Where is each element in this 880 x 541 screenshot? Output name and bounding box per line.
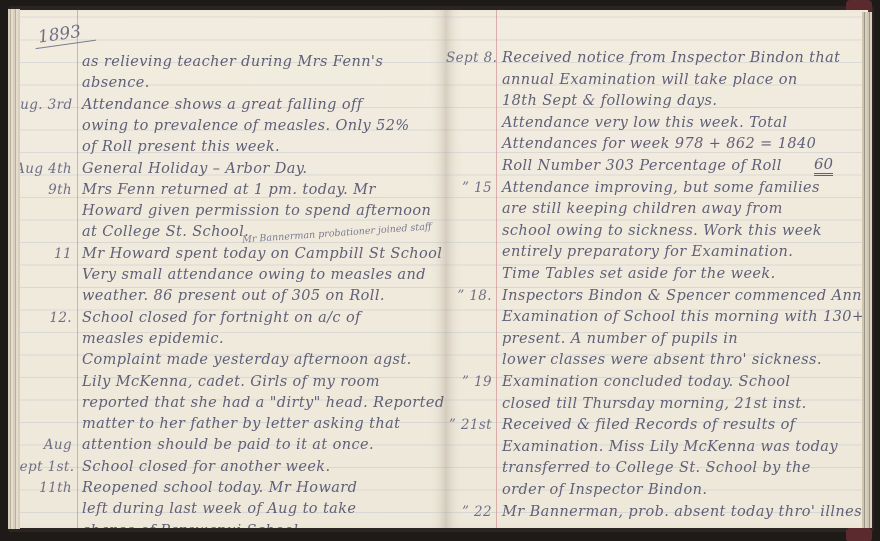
log-entry-line: as relieving teacher during Mrs Fenn's bbox=[10, 54, 446, 76]
entry-text: Time Tables set aside for the week. bbox=[502, 266, 776, 282]
log-entry-line: 9thMrs Fenn returned at 1 pm. today. Mr bbox=[10, 182, 446, 204]
log-entry-line: are still keeping children away from bbox=[446, 201, 868, 223]
log-entry-line: Aug. 3rdAttendance shows a great falling… bbox=[10, 97, 446, 119]
log-entry-line: Attendance very low this week. Total bbox=[446, 115, 868, 137]
cover-corner bbox=[846, 528, 872, 541]
entry-text: present. A number of pupils in bbox=[502, 331, 738, 347]
entry-text: at College St. School. bbox=[82, 224, 249, 240]
entry-text: Examination of School this morning with … bbox=[502, 309, 868, 325]
entry-date: ” 19 bbox=[446, 374, 492, 390]
entry-text: Mr Bannerman, prob. absent today thro' i… bbox=[502, 504, 868, 520]
log-entry-line: Roll Number 303 Percentage of Roll bbox=[446, 158, 868, 180]
entry-text: Mrs Fenn returned at 1 pm. today. Mr bbox=[82, 182, 376, 198]
entry-text: annual Examination will take place on bbox=[502, 72, 798, 88]
entry-text: Attendance very low this week. Total bbox=[502, 115, 787, 131]
log-entry-line: left during last week of Aug to take bbox=[10, 501, 446, 523]
entry-text: absence. bbox=[82, 75, 150, 91]
log-entry-line: Very small attendance owing to measles a… bbox=[10, 267, 446, 289]
log-entry-line: Sept 1st.School closed for another week. bbox=[10, 459, 446, 481]
entry-text: measles epidemic. bbox=[82, 331, 224, 347]
entry-text: Examination. Miss Lily McKenna was today bbox=[502, 439, 838, 455]
entry-text: weather. 86 present out of 305 on Roll. bbox=[82, 288, 385, 304]
log-entry-line: Augattention should be paid to it at onc… bbox=[10, 437, 446, 459]
log-entry-line: matter to her father by letter asking th… bbox=[10, 416, 446, 438]
entry-text: left during last week of Aug to take bbox=[82, 501, 356, 517]
log-entry-line: charge of Parawanui School. bbox=[10, 523, 446, 528]
entry-text: Reopened school today. Mr Howard bbox=[82, 480, 357, 496]
entry-text: of Roll present this week. bbox=[82, 139, 280, 155]
log-entry-line: ” 21stReceived & filed Records of result… bbox=[446, 417, 868, 439]
entry-date: ” 18. bbox=[446, 288, 492, 304]
entry-text: are still keeping children away from bbox=[502, 201, 783, 217]
right-page: Sept 8.Received notice from Inspector Bi… bbox=[446, 10, 868, 528]
log-entry-line: Examination. Miss Lily McKenna was today bbox=[446, 439, 868, 461]
log-entry-line: ” 19Examination concluded today. School bbox=[446, 374, 868, 396]
log-entry-line: Attendances for week 978 + 862 = 1840 bbox=[446, 136, 868, 158]
entry-text: Attendances for week 978 + 862 = 1840 bbox=[502, 136, 816, 152]
entry-text: Attendance shows a great falling off bbox=[82, 97, 362, 113]
entry-text: Inspectors Bindon & Spencer commenced An… bbox=[502, 288, 868, 304]
log-entry-line: 12.School closed for fortnight on a/c of bbox=[10, 310, 446, 332]
entry-text: Complaint made yesterday afternoon agst. bbox=[82, 352, 412, 368]
entry-date: ” 21st bbox=[446, 417, 492, 433]
log-entry-line: order of Inspector Bindon. bbox=[446, 482, 868, 504]
log-entry-line: ” 22Mr Bannerman, prob. absent today thr… bbox=[446, 504, 868, 526]
log-entry-line: 18th Sept & following days. bbox=[446, 93, 868, 115]
entry-text: Lily McKenna, cadet. Girls of my room bbox=[82, 374, 380, 390]
entry-text: charge of Parawanui School. bbox=[82, 523, 303, 528]
log-entry-line: reported that she had a "dirty" head. Re… bbox=[10, 395, 446, 417]
entry-text: closed till Thursday morning, 21st inst. bbox=[502, 396, 807, 412]
entry-text: transferred to College St. School by the bbox=[502, 460, 811, 476]
log-entry-line: closed till Thursday morning, 21st inst. bbox=[446, 396, 868, 418]
log-entry-line: lower classes were absent thro' sickness… bbox=[446, 352, 868, 374]
entry-text: Very small attendance owing to measles a… bbox=[82, 267, 426, 283]
log-entry-line: Time Tables set aside for the week. bbox=[446, 266, 868, 288]
log-entry-line: 11Mr Howard spent today on Campbill St S… bbox=[10, 246, 446, 268]
log-entry-line: absence. bbox=[10, 75, 446, 97]
page-edges-right bbox=[862, 12, 872, 528]
log-entry-line: entirely preparatory for Examination. bbox=[446, 244, 868, 266]
log-entry-line: of Roll present this week. bbox=[10, 139, 446, 161]
entry-text: reported that she had a "dirty" head. Re… bbox=[82, 395, 445, 411]
entry-text: General Holiday – Arbor Day. bbox=[82, 161, 307, 177]
entry-text: as relieving teacher during Mrs Fenn's bbox=[82, 54, 383, 70]
entry-text: order of Inspector Bindon. bbox=[502, 482, 707, 498]
log-entry-line: transferred to College St. School by the bbox=[446, 460, 868, 482]
page-edges-left bbox=[8, 9, 20, 529]
log-book-spread: 1893 as relieving teacher during Mrs Fen… bbox=[0, 0, 880, 541]
percentage-value: 60 bbox=[814, 155, 833, 176]
entry-text: Attendance improving, but some families bbox=[502, 180, 820, 196]
log-entry-line: 11thReopened school today. Mr Howard bbox=[10, 480, 446, 502]
entry-date: Sept 8. bbox=[446, 50, 492, 66]
entry-text: Howard given permission to spend afterno… bbox=[82, 203, 431, 219]
log-entry-line: weather. 86 present out of 305 on Roll. bbox=[10, 288, 446, 310]
entry-text: lower classes were absent thro' sickness… bbox=[502, 352, 822, 368]
entry-text: entirely preparatory for Examination. bbox=[502, 244, 793, 260]
left-page: 1893 as relieving teacher during Mrs Fen… bbox=[10, 10, 446, 528]
log-entry-line: Howard given permission to spend afterno… bbox=[10, 203, 446, 225]
entry-text: Received & filed Records of results of bbox=[502, 417, 796, 433]
log-entry-line: Complaint made yesterday afternoon agst. bbox=[10, 352, 446, 374]
log-entry-line: annual Examination will take place on bbox=[446, 72, 868, 94]
log-entry-line: ” 18.Inspectors Bindon & Spencer commenc… bbox=[446, 288, 868, 310]
log-entry-line: ” 15Attendance improving, but some famil… bbox=[446, 180, 868, 202]
entry-text: owing to prevalence of measles. Only 52% bbox=[82, 118, 410, 134]
entry-text: matter to her father by letter asking th… bbox=[82, 416, 400, 432]
log-entry-line: measles epidemic. bbox=[10, 331, 446, 353]
log-entry-line: Examination of School this morning with … bbox=[446, 309, 868, 331]
entry-text: Examination concluded today. School bbox=[502, 374, 790, 390]
entry-text: School closed for fortnight on a/c of bbox=[82, 310, 361, 326]
entry-text: school owing to sickness. Work this week bbox=[502, 223, 822, 239]
log-entry-line: owing to prevalence of measles. Only 52% bbox=[10, 118, 446, 140]
entry-text: attention should be paid to it at once. bbox=[82, 437, 374, 453]
entry-text: Mr Howard spent today on Campbill St Sch… bbox=[82, 246, 442, 262]
entry-text: Roll Number 303 Percentage of Roll bbox=[502, 158, 782, 174]
log-entry-line: present. A number of pupils in bbox=[446, 331, 868, 353]
log-entry-line: school owing to sickness. Work this week bbox=[446, 223, 868, 245]
entry-text: School closed for another week. bbox=[82, 459, 331, 475]
log-entry-line: Lily McKenna, cadet. Girls of my room bbox=[10, 374, 446, 396]
log-entry-line: Sept 8.Received notice from Inspector Bi… bbox=[446, 50, 868, 72]
entry-date: ” 15 bbox=[446, 180, 492, 196]
entry-date: ” 22 bbox=[446, 504, 492, 520]
entry-text: Received notice from Inspector Bindon th… bbox=[502, 50, 840, 66]
entry-text: 18th Sept & following days. bbox=[502, 93, 717, 109]
log-entry-line: Aug 4thGeneral Holiday – Arbor Day. bbox=[10, 161, 446, 183]
